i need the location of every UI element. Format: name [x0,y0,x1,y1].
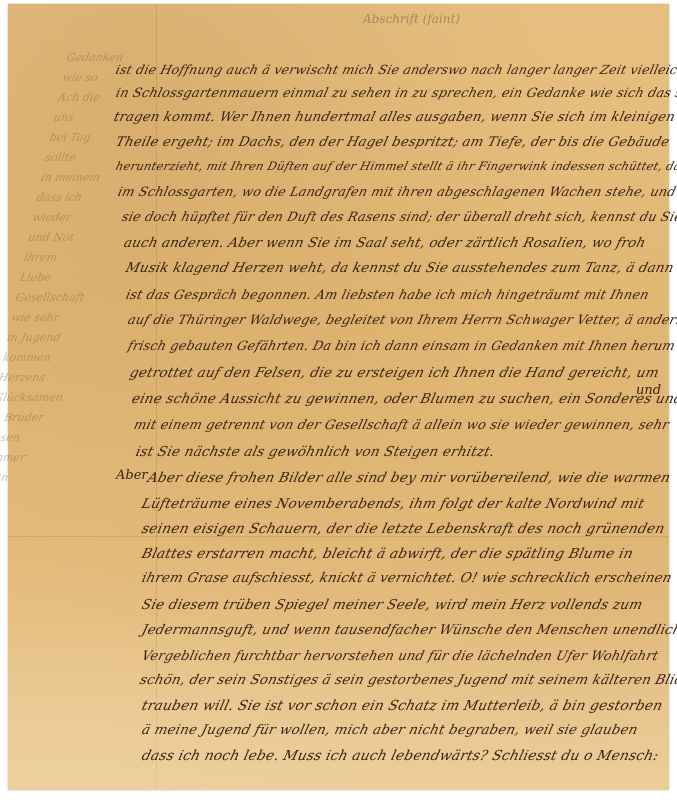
margin-marker: Aber [116,468,148,483]
manuscript-line: tragen kommt. Wer Ihnen hundertmal alles… [112,110,677,125]
manuscript-line: mit einem getrennt von der Gesellschaft … [132,418,670,433]
manuscript-line: Theile ergeht; im Dachs, den der Hagel b… [114,135,671,150]
manuscript-line: ä meine Jugend für wollen, mich aber nic… [140,723,639,738]
manuscript-line: Sie diesem trüben Spiegel meiner Seele, … [140,597,644,613]
manuscript-line: Vergeblichen furchtbar hervorstehen und … [140,649,660,664]
manuscript-line: in Schlossgartenmauern einmal zu sehen i… [114,86,677,101]
manuscript-line: seinen eisigen Schauern, der die letzte … [140,521,666,537]
manuscript-line: eine schöne Aussicht zu gewinnen, oder B… [130,391,677,407]
manuscript-line: trauben will. Sie ist vor schon ein Scha… [140,698,664,714]
manuscript-line: frisch gebauten Gefährten. Da bin ich da… [126,339,676,354]
manuscript-line: sie doch hüpftet für den Duft des Rasens… [120,210,677,225]
manuscript-line: ist das Gespräch begonnen. Am liebsten h… [124,288,650,303]
manuscript-line: schön, der sein Sonstiges ä sein gestorb… [138,673,677,688]
faint-header-note: Abschrift (faint) [363,12,460,26]
manuscript-page: Abschrift (faint) Gedanken wie so Ach di… [8,4,669,790]
manuscript-line: dass ich noch lebe. Muss ich auch lebend… [140,748,660,764]
manuscript-line: im Schlossgarten, wo die Landgrafen mit … [116,185,677,200]
manuscript-line: ist die Hoffnung auch ä verwischt mich S… [114,62,677,77]
manuscript-line: ist Sie nächste als gewöhnlich von Steig… [134,444,497,460]
manuscript-line: getrottet auf den Felsen, die zu ersteig… [128,365,661,381]
manuscript-line: Blattes erstarren macht, bleicht ä abwir… [140,546,635,562]
manuscript-line: Aber diese frohen Bilder alle sind bey m… [146,470,672,486]
margin-insert: und [636,383,661,398]
manuscript-line: auf die Thüringer Waldwege, begleitet vo… [126,313,677,328]
manuscript-line: herunterzieht, mit Ihren Düften auf der … [114,159,677,173]
manuscript-line: Lüfteträume eines Novemberabends, ihm fo… [140,496,646,512]
manuscript-line: Musik klagend Herzen weht, da kennst du … [124,261,675,276]
manuscript-line: ihrem Grase aufschiesst, knickt ä vernic… [140,571,673,586]
manuscript-line: Jedermannsguft, und wenn tausendfacher W… [140,623,677,638]
manuscript-line: auch anderen. Aber wenn Sie im Saal seht… [122,236,647,251]
